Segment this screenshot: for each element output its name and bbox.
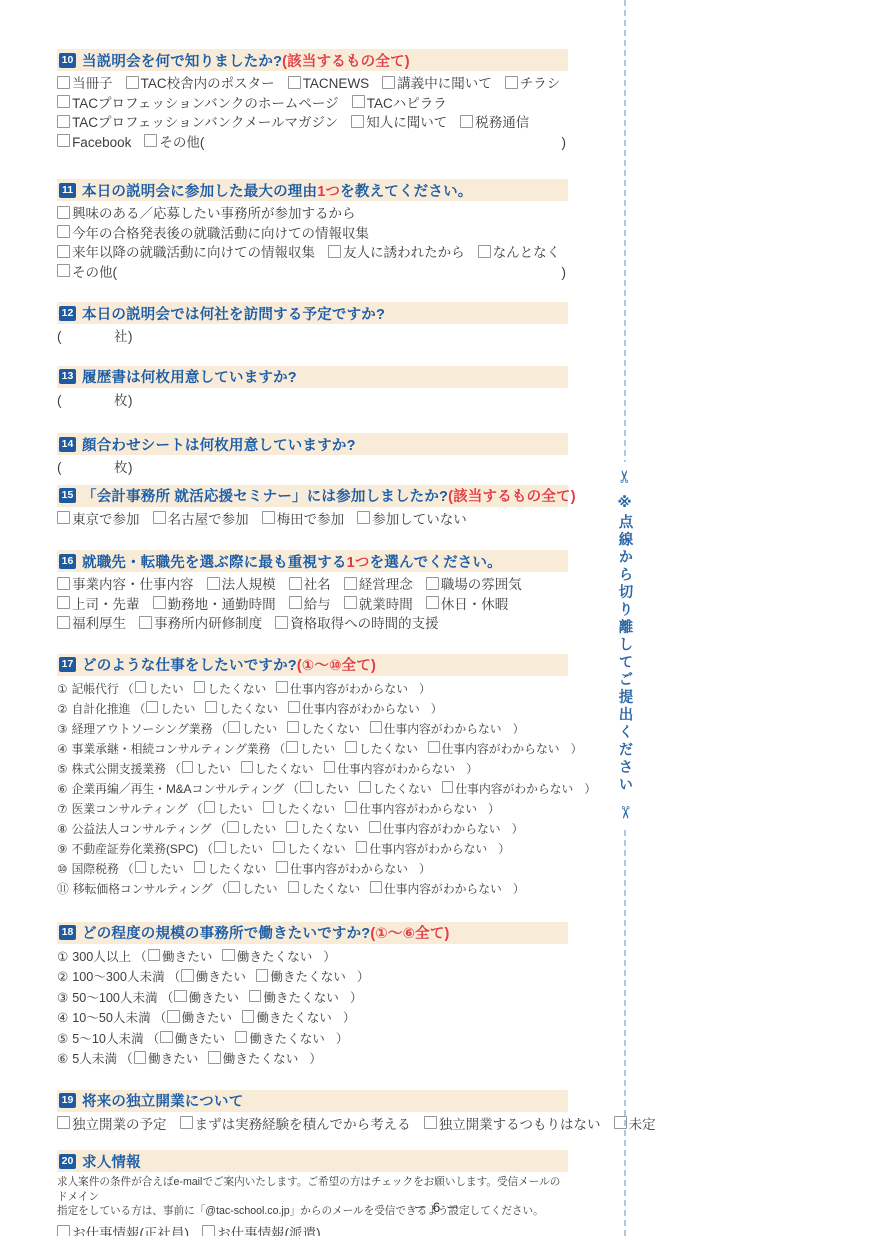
fill-blank-line: (枚): [57, 458, 568, 478]
checkbox[interactable]: [148, 949, 160, 961]
option-label: 法人規模: [222, 577, 276, 592]
checkbox-option: 仕事内容がわからない: [288, 702, 420, 716]
option-label: 就業時間: [359, 597, 413, 612]
section-title-text: 就職先・転職先を選ぶ際に最も重視する: [82, 555, 347, 571]
checkbox[interactable]: [344, 577, 357, 590]
section-header: 20求人情報: [57, 1150, 568, 1172]
option-label: したくない: [255, 762, 314, 776]
option-label: したくない: [219, 702, 278, 716]
unit-label: 社): [114, 329, 133, 344]
section-11: 11本日の説明会に参加した最大の理由1つを教えてください。興味のある／応募したい…: [57, 179, 568, 282]
option-label: したい: [160, 702, 195, 716]
checkbox-row: お仕事情報(正社員)お仕事情報(派遣): [57, 1224, 568, 1236]
checkbox-row: 興味のある／応募したい事務所が参加するから: [57, 204, 568, 224]
option-label: 独立開業の予定: [72, 1117, 167, 1132]
section-body: ①記帳代行（したいしたくない仕事内容がわからない）②自計化推進（したいしたくない…: [57, 676, 568, 899]
checkbox-option: したくない: [359, 782, 432, 796]
checkbox-option: 勤務地・通勤時間: [153, 595, 276, 615]
checkbox[interactable]: [345, 741, 357, 753]
checkbox-option: その他(: [57, 263, 117, 283]
checkbox[interactable]: [57, 95, 70, 108]
numbered-item: ⑤5〜10人未満（働きたい働きたくない）: [57, 1029, 568, 1050]
option-label: 梅田で参加: [277, 512, 345, 527]
checkbox-option: 参加していない: [357, 510, 467, 530]
checkbox[interactable]: [57, 115, 70, 128]
section-title-emphasis: (該当するもの全て): [448, 489, 576, 505]
option-label: 独立開業するつもりはない: [439, 1117, 601, 1132]
checkbox[interactable]: [57, 1225, 70, 1236]
checkbox[interactable]: [351, 115, 364, 128]
checkbox-option: 梅田で参加: [262, 510, 345, 530]
option-label: まずは実務経験を積んでから考える: [195, 1117, 411, 1132]
section-number-badge: 18: [59, 925, 76, 940]
checkbox-option: 東京で参加: [57, 510, 140, 530]
checkbox[interactable]: [273, 841, 285, 853]
checkbox[interactable]: [139, 616, 152, 629]
checkbox[interactable]: [57, 596, 70, 609]
checkbox[interactable]: [300, 781, 312, 793]
checkbox-option: 講義中に聞いて: [382, 74, 492, 94]
checkbox[interactable]: [276, 861, 288, 873]
checkbox[interactable]: [144, 134, 157, 147]
close-paren: ）: [512, 822, 524, 836]
close-paren: ）: [357, 970, 370, 984]
close-paren: ）: [498, 842, 510, 856]
checkbox[interactable]: [222, 949, 234, 961]
option-label: 参加していない: [372, 512, 467, 527]
section-title-text: 当説明会を何で知りましたか?: [82, 54, 282, 70]
checkbox[interactable]: [228, 881, 240, 893]
checkbox[interactable]: [382, 76, 395, 89]
checkbox[interactable]: [57, 1116, 70, 1129]
open-paren: （: [134, 702, 146, 716]
checkbox[interactable]: [194, 681, 206, 693]
checkbox[interactable]: [174, 990, 186, 1002]
checkbox-row: 当冊子TAC校舎内のポスターTACNEWS講義中に聞いてチラシ: [57, 74, 568, 94]
option-label: 給与: [304, 597, 331, 612]
section-title-text: どの程度の規模の事務所で働きたいですか?: [82, 926, 370, 942]
checkbox-option: 独立開業するつもりはない: [424, 1115, 601, 1135]
item-number: ⑥: [57, 1052, 68, 1066]
checkbox[interactable]: [182, 761, 194, 773]
checkbox[interactable]: [135, 861, 147, 873]
checkbox[interactable]: [249, 990, 261, 1002]
unit-label: 枚): [114, 393, 133, 408]
page-number: ー 6 ー: [0, 1196, 874, 1216]
option-label: 名古屋で参加: [168, 512, 249, 527]
item-label: 株式公開支援業務: [72, 762, 166, 776]
checkbox[interactable]: [227, 821, 239, 833]
open-paren: （: [161, 991, 174, 1005]
option-label: したい: [242, 882, 277, 896]
numbered-item: ⑤株式公開支援業務（したいしたくない仕事内容がわからない）: [57, 759, 568, 779]
checkbox[interactable]: [288, 76, 301, 89]
checkbox-option: 仕事内容がわからない: [369, 822, 501, 836]
checkbox-option: TACプロフェッションバンクのホームページ: [57, 94, 339, 114]
section-number-badge: 11: [59, 183, 76, 198]
section-13: 13履歴書は何枚用意していますか?(枚): [57, 366, 568, 411]
checkbox[interactable]: [57, 76, 70, 89]
section-15: 15「会計事務所 就活応援セミナー」には参加しましたか?(該当するもの全て)東京…: [57, 485, 568, 530]
checkbox-option: したい: [228, 882, 277, 896]
checkbox[interactable]: [288, 881, 300, 893]
checkbox[interactable]: [370, 881, 382, 893]
checkbox-option: 働きたい: [181, 970, 246, 984]
checkbox[interactable]: [228, 721, 240, 733]
checkbox[interactable]: [57, 616, 70, 629]
checkbox[interactable]: [57, 245, 70, 258]
checkbox[interactable]: [241, 761, 253, 773]
option-label: したくない: [301, 722, 360, 736]
checkbox[interactable]: [345, 801, 357, 813]
checkbox[interactable]: [205, 701, 217, 713]
checkbox-option: したくない: [287, 722, 360, 736]
option-label: 興味のある／応募したい事務所が参加するから: [72, 206, 356, 221]
section-title-text: を選んでください。: [370, 555, 502, 571]
section-title-text: を教えてください。: [340, 184, 472, 200]
item-number: ③: [57, 991, 68, 1005]
checkbox[interactable]: [214, 841, 226, 853]
numbered-item: ⑥5人未満（働きたい働きたくない）: [57, 1049, 568, 1070]
checkbox-row: TACプロフェッションバンクのホームページTACハピララ: [57, 94, 568, 114]
checkbox-option: 働きたくない: [256, 970, 346, 984]
checkbox[interactable]: [442, 781, 454, 793]
numbered-item: ⑩国際税務（したいしたくない仕事内容がわからない）: [57, 859, 568, 879]
option-label: 仕事内容がわからない: [383, 822, 501, 836]
open-paren: （: [216, 882, 228, 896]
option-label: 仕事内容がわからない: [302, 702, 420, 716]
section-header: 11本日の説明会に参加した最大の理由1つを教えてください。: [57, 179, 568, 201]
scissors-icon-bottom: ✂: [617, 805, 634, 819]
checkbox-option: 社名: [289, 575, 331, 595]
item-label: 5〜10人未満: [72, 1032, 143, 1046]
checkbox-option: 働きたい: [160, 1032, 225, 1046]
checkbox[interactable]: [235, 1031, 247, 1043]
checkbox-option: 働きたい: [134, 1052, 199, 1066]
checkbox[interactable]: [428, 741, 440, 753]
option-label: TACプロフェッションバンクメールマガジン: [72, 115, 338, 130]
section-body: 興味のある／応募したい事務所が参加するから今年の合格発表後の就職活動に向けての情…: [57, 201, 568, 282]
option-label: 資格取得への時間的支援: [290, 616, 439, 631]
checkbox[interactable]: [357, 511, 370, 524]
section-title-text: 求人情報: [82, 1155, 141, 1171]
item-number: ③: [57, 722, 68, 736]
checkbox[interactable]: [478, 245, 491, 258]
checkbox[interactable]: [167, 1010, 179, 1022]
numbered-item: ⑦医業コンサルティング（したいしたくない仕事内容がわからない）: [57, 799, 568, 819]
section-title-text: 本日の説明会では何社を訪問する予定ですか?: [82, 307, 385, 323]
checkbox-option: TACNEWS: [288, 74, 370, 94]
close-paren: ）: [323, 950, 336, 964]
checkbox-option: 仕事内容がわからない: [345, 802, 477, 816]
option-label: 仕事内容がわからない: [290, 862, 408, 876]
checkbox[interactable]: [426, 577, 439, 590]
checkbox[interactable]: [328, 245, 341, 258]
item-number: ①: [57, 682, 68, 696]
checkbox[interactable]: [242, 1010, 254, 1022]
section-header: 14顔合わせシートは何枚用意していますか?: [57, 433, 568, 455]
option-label: したくない: [287, 842, 346, 856]
section-title-text: 将来の独立開業について: [82, 1094, 243, 1110]
option-label: TAC校舎内のポスター: [141, 76, 275, 91]
section-body: ①300人以上（働きたい働きたくない）②100〜300人未満（働きたい働きたくな…: [57, 944, 568, 1070]
checkbox[interactable]: [181, 969, 193, 981]
open-paren: （: [201, 842, 213, 856]
checkbox[interactable]: [276, 681, 288, 693]
numbered-item: ③50〜100人未満（働きたい働きたくない）: [57, 988, 568, 1009]
option-label: したい: [148, 682, 183, 696]
open-paren: （: [215, 722, 227, 736]
option-label: 事務所内研修制度: [154, 616, 262, 631]
section-10: 10当説明会を何で知りましたか?(該当するもの全て)当冊子TAC校舎内のポスター…: [57, 49, 568, 152]
option-label: 働きたい: [148, 1052, 198, 1066]
checkbox[interactable]: [369, 821, 381, 833]
checkbox[interactable]: [204, 801, 216, 813]
option-label: 仕事内容がわからない: [290, 682, 408, 696]
checkbox-row: 福利厚生事務所内研修制度資格取得への時間的支援: [57, 614, 568, 634]
checkbox-option: したくない: [345, 742, 418, 756]
section-16: 16就職先・転職先を選ぶ際に最も重視する1つを選んでください。事業内容・仕事内容…: [57, 550, 568, 634]
checkbox-option: したくない: [263, 802, 336, 816]
option-label: 福利厚生: [72, 616, 126, 631]
questionnaire-page: 10当説明会を何で知りましたか?(該当するもの全て)当冊子TAC校舎内のポスター…: [0, 0, 874, 1236]
section-header: 15「会計事務所 就活応援セミナー」には参加しましたか?(該当するもの全て): [57, 485, 568, 507]
cut-instruction: ✂ ※点線から切り離してご提出ください ✂: [607, 462, 643, 827]
checkbox[interactable]: [424, 1116, 437, 1129]
section-number-badge: 20: [59, 1154, 76, 1169]
item-label: 事業承継・相続コンサルティング業務: [72, 742, 271, 756]
checkbox[interactable]: [194, 861, 206, 873]
close-paren: ): [562, 133, 567, 153]
section-body: (枚): [57, 388, 568, 411]
checkbox[interactable]: [289, 577, 302, 590]
section-title: 当説明会を何で知りましたか?(該当するもの全て): [82, 50, 410, 71]
checkbox-row: 来年以降の就職活動に向けての情報収集友人に誘われたからなんとなく: [57, 243, 568, 263]
checkbox-option: 今年の合格発表後の就職活動に向けての情報収集: [57, 224, 369, 244]
checkbox-option: 来年以降の就職活動に向けての情報収集: [57, 243, 315, 263]
option-label: したくない: [207, 682, 266, 696]
section-12: 12本日の説明会では何社を訪問する予定ですか?(社): [57, 302, 568, 347]
checkbox-option: したくない: [194, 682, 267, 696]
numbered-item: ②自計化推進（したいしたくない仕事内容がわからない）: [57, 699, 568, 719]
option-label: 働きたい: [162, 950, 212, 964]
item-number: ②: [57, 702, 68, 716]
checkbox[interactable]: [359, 781, 371, 793]
checkbox[interactable]: [57, 206, 70, 219]
checkbox[interactable]: [207, 577, 220, 590]
option-label: 働きたい: [175, 1032, 225, 1046]
option-label: その他(: [159, 135, 204, 150]
checkbox[interactable]: [57, 134, 70, 147]
numbered-item: ①記帳代行（したいしたくない仕事内容がわからない）: [57, 679, 568, 699]
checkbox[interactable]: [370, 721, 382, 733]
checkbox-option: 仕事内容がわからない: [428, 742, 560, 756]
checkbox-option: 働きたくない: [235, 1032, 325, 1046]
checkbox-option: したくない: [288, 882, 361, 896]
checkbox[interactable]: [57, 577, 70, 590]
checkbox-row: TACプロフェッションバンクメールマガジン知人に聞いて税務通信: [57, 113, 568, 133]
checkbox[interactable]: [289, 596, 302, 609]
section-title: 将来の独立開業について: [82, 1090, 243, 1111]
section-number-badge: 19: [59, 1093, 76, 1108]
item-number: ⑦: [57, 802, 68, 816]
open-paren: （: [147, 1032, 160, 1046]
checkbox[interactable]: [356, 841, 368, 853]
scissors-icon-top: ✂: [617, 469, 634, 483]
checkbox-option: まずは実務経験を積んでから考える: [180, 1115, 411, 1135]
option-label: TACハピララ: [367, 96, 447, 111]
checkbox-option: その他(: [144, 133, 204, 153]
checkbox[interactable]: [153, 511, 166, 524]
checkbox[interactable]: [57, 225, 70, 238]
item-label: 5人未満: [72, 1052, 117, 1066]
open-paren: (: [57, 329, 62, 344]
checkbox-row: 今年の合格発表後の就職活動に向けての情報収集: [57, 224, 568, 244]
section-number-badge: 17: [59, 657, 76, 672]
cut-instruction-text: ※点線から切り離してご提出ください: [615, 495, 636, 794]
open-paren: （: [122, 682, 134, 696]
option-label: TACプロフェッションバンクのホームページ: [72, 96, 339, 111]
checkbox[interactable]: [180, 1116, 193, 1129]
checkbox-option: 仕事内容がわからない: [442, 782, 574, 796]
checkbox-option: 仕事内容がわからない: [356, 842, 488, 856]
checkbox-option: 働きたくない: [208, 1052, 298, 1066]
option-label: 今年の合格発表後の就職活動に向けての情報収集: [72, 226, 369, 241]
section-body: 東京で参加名古屋で参加梅田で参加参加していない: [57, 507, 568, 530]
open-paren: （: [191, 802, 203, 816]
checkbox[interactable]: [57, 264, 70, 277]
checkbox-option: したくない: [286, 822, 359, 836]
section-title: 就職先・転職先を選ぶ際に最も重視する1つを選んでください。: [82, 551, 502, 572]
checkbox-option: なんとなく: [478, 243, 561, 263]
numbered-item: ⑧公益法人コンサルティング（したいしたくない仕事内容がわからない）: [57, 819, 568, 839]
checkbox[interactable]: [286, 741, 298, 753]
close-paren: ）: [350, 991, 363, 1005]
checkbox-option: したくない: [194, 862, 267, 876]
section-header: 13履歴書は何枚用意していますか?: [57, 366, 568, 388]
item-number: ①: [57, 950, 68, 964]
option-label: 当冊子: [72, 76, 113, 91]
section-body: 独立開業の予定まずは実務経験を積んでから考える独立開業するつもりはない未定: [57, 1112, 568, 1135]
checkbox[interactable]: [505, 76, 518, 89]
checkbox[interactable]: [426, 596, 439, 609]
option-label: 社名: [304, 577, 331, 592]
item-label: 50〜100人未満: [72, 991, 157, 1005]
checkbox-option: お仕事情報(正社員): [57, 1224, 189, 1236]
checkbox-option: 就業時間: [344, 595, 413, 615]
fill-blank-line: (社): [57, 327, 568, 347]
section-body: (社): [57, 324, 568, 347]
section-header: 10当説明会を何で知りましたか?(該当するもの全て): [57, 49, 568, 71]
item-number: ⑨: [57, 842, 68, 856]
section-header: 18どの程度の規模の事務所で働きたいですか?(①〜⑥全て): [57, 922, 568, 944]
option-label: 友人に誘われたから: [343, 245, 465, 260]
checkbox-option: 働きたくない: [222, 950, 312, 964]
option-label: 勤務地・通勤時間: [168, 597, 276, 612]
item-number: ④: [57, 742, 68, 756]
checkbox[interactable]: [202, 1225, 215, 1236]
section-14: 14顔合わせシートは何枚用意していますか?(枚): [57, 433, 568, 478]
section-header: 19将来の独立開業について: [57, 1090, 568, 1112]
checkbox[interactable]: [153, 596, 166, 609]
open-paren: （: [168, 970, 181, 984]
option-label: 働きたくない: [249, 1032, 325, 1046]
checkbox[interactable]: [352, 95, 365, 108]
item-label: 企業再編／再生・M&Aコンサルティング: [72, 782, 285, 796]
checkbox[interactable]: [57, 511, 70, 524]
section-title-emphasis: 1つ: [317, 184, 340, 200]
checkbox[interactable]: [287, 721, 299, 733]
open-paren: (: [57, 460, 62, 475]
option-label: したい: [195, 762, 230, 776]
checkbox-option: 働きたくない: [242, 1011, 332, 1025]
section-title: 求人情報: [82, 1151, 141, 1172]
checkbox[interactable]: [344, 596, 357, 609]
checkbox-row: Facebookその他(): [57, 133, 568, 153]
checkbox[interactable]: [134, 1051, 146, 1063]
section-number-badge: 15: [59, 488, 76, 503]
section-title-emphasis: (①〜⑥全て): [370, 926, 449, 942]
checkbox[interactable]: [263, 801, 275, 813]
checkbox-option: 仕事内容がわからない: [276, 682, 408, 696]
checkbox-option: 資格取得への時間的支援: [275, 614, 439, 634]
option-label: 働きたくない: [270, 970, 346, 984]
checkbox-option: 経営理念: [344, 575, 413, 595]
checkbox[interactable]: [324, 761, 336, 773]
section-header: 16就職先・転職先を選ぶ際に最も重視する1つを選んでください。: [57, 550, 568, 572]
section-title: 「会計事務所 就活応援セミナー」には参加しましたか?(該当するもの全て): [82, 485, 576, 506]
checkbox-option: したい: [135, 862, 184, 876]
section-title: どの程度の規模の事務所で働きたいですか?(①〜⑥全て): [82, 922, 449, 943]
option-label: したい: [217, 802, 252, 816]
checkbox[interactable]: [135, 681, 147, 693]
checkbox[interactable]: [275, 616, 288, 629]
close-paren: ）: [584, 782, 596, 796]
section-body: (枚): [57, 455, 568, 478]
section-title: 本日の説明会では何社を訪問する予定ですか?: [82, 303, 385, 324]
section-17: 17どのような仕事をしたいですか?(①〜⑩全て)①記帳代行（したいしたくない仕事…: [57, 654, 568, 899]
option-label: したい: [228, 842, 263, 856]
checkbox-option: 福利厚生: [57, 614, 126, 634]
checkbox[interactable]: [460, 115, 473, 128]
checkbox[interactable]: [256, 969, 268, 981]
checkbox-option: したい: [146, 702, 195, 716]
checkbox[interactable]: [288, 701, 300, 713]
checkbox-option: 事務所内研修制度: [139, 614, 262, 634]
option-label: 働きたい: [182, 1011, 232, 1025]
checkbox[interactable]: [286, 821, 298, 833]
checkbox[interactable]: [146, 701, 158, 713]
option-label: 講義中に聞いて: [397, 76, 492, 91]
option-label: 上司・先輩: [72, 597, 140, 612]
sections-container: 10当説明会を何で知りましたか?(該当するもの全て)当冊子TAC校舎内のポスター…: [57, 49, 568, 1236]
open-paren: （: [287, 782, 299, 796]
checkbox[interactable]: [160, 1031, 172, 1043]
checkbox[interactable]: [126, 76, 139, 89]
option-label: したくない: [300, 822, 359, 836]
section-title: 履歴書は何枚用意していますか?: [82, 366, 297, 387]
section-number-badge: 10: [59, 53, 76, 68]
numbered-item: ③経理アウトソーシング業務（したいしたくない仕事内容がわからない）: [57, 719, 568, 739]
checkbox[interactable]: [208, 1051, 220, 1063]
option-label: したくない: [207, 862, 266, 876]
checkbox-row: 上司・先輩勤務地・通勤時間給与就業時間休日・休暇: [57, 595, 568, 615]
checkbox[interactable]: [262, 511, 275, 524]
close-paren: ）: [336, 1032, 349, 1046]
option-label: 仕事内容がわからない: [369, 842, 487, 856]
open-paren: （: [214, 822, 226, 836]
option-label: したい: [241, 822, 276, 836]
